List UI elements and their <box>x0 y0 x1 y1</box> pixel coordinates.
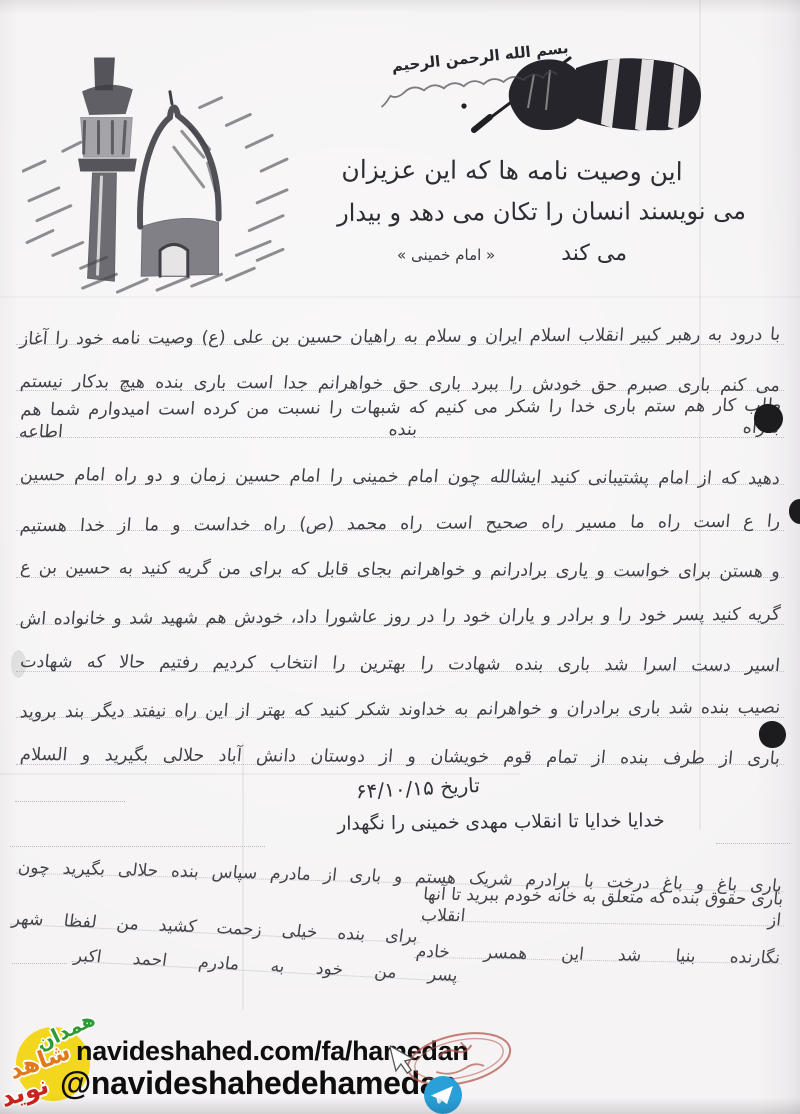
handwritten-line: و هستن برای خواست و یاری برادرانم و خواه… <box>14 539 786 586</box>
quote-block: این وصیت نامه ها که این عزیزان می نویسند… <box>276 156 748 266</box>
slogan-line: خدایا خدایا تا انقلاب مهدی خمینی را نگهد… <box>283 810 719 836</box>
scanned-will-document: بسم الله الرحمن الرحیم این وصیت نامه ها … <box>0 0 800 1114</box>
quote-line-end: می کند <box>561 241 627 266</box>
quote-attribution: « امام خمینی » <box>397 246 495 264</box>
cursor-arrow-icon <box>390 1042 420 1082</box>
handwritten-line: گریه کنید پسر خود را و برادر و یاران خود… <box>14 586 786 633</box>
handwritten-line: با درود به رهبر کبیر انقلاب اسلام ایران … <box>14 306 786 353</box>
dotted-leader <box>716 842 790 844</box>
handwritten-line: اسیر دست اسرا شد باری بنده شهادت را بهتر… <box>14 633 786 680</box>
mosque-shrine-sketch <box>22 52 302 300</box>
scan-edge-shade <box>0 1097 800 1114</box>
hole-punch-dot <box>789 499 800 524</box>
handwritten-line: را ع است راه ما مسیر راه صحیح است راه مح… <box>14 493 786 540</box>
quote-line: این وصیت نامه ها که این عزیزان <box>276 154 748 186</box>
dotted-leader <box>15 800 125 802</box>
quote-line: می نویسند انسان را تکان می دهد و بیدار <box>276 197 748 227</box>
dotted-leader <box>12 962 67 964</box>
handwritten-line: طلب کار هم ستم باری خدا را شکر می کنیم ک… <box>14 399 786 446</box>
quote-line: می کند « امام خمینی » <box>276 241 748 266</box>
date-line: تاریخ ۶۴/۱۰/۱۵ <box>248 773 481 809</box>
handwritten-line: دهید که از امام پشتیبانی کنید ایشالله چو… <box>14 446 786 493</box>
closing-line: باری حقوق بنده که متعلق به خانه خودم ببر… <box>418 893 786 934</box>
scan-edge-shade <box>0 0 800 14</box>
handwritten-line: باری از طرف بنده از تمام قوم خویشان و از… <box>14 726 786 773</box>
will-body-text: با درود به رهبر کبیر انقلاب اسلام ایران … <box>14 306 786 773</box>
handwritten-line: نصیب بنده شد باری برادران و خواهرانم به … <box>14 680 786 727</box>
handwritten-line: می کنم باری صبرم حق خودش را ببرد باری حق… <box>14 353 786 400</box>
closing-line: نگارنده بنیا شد این همسر خادم <box>412 930 785 972</box>
